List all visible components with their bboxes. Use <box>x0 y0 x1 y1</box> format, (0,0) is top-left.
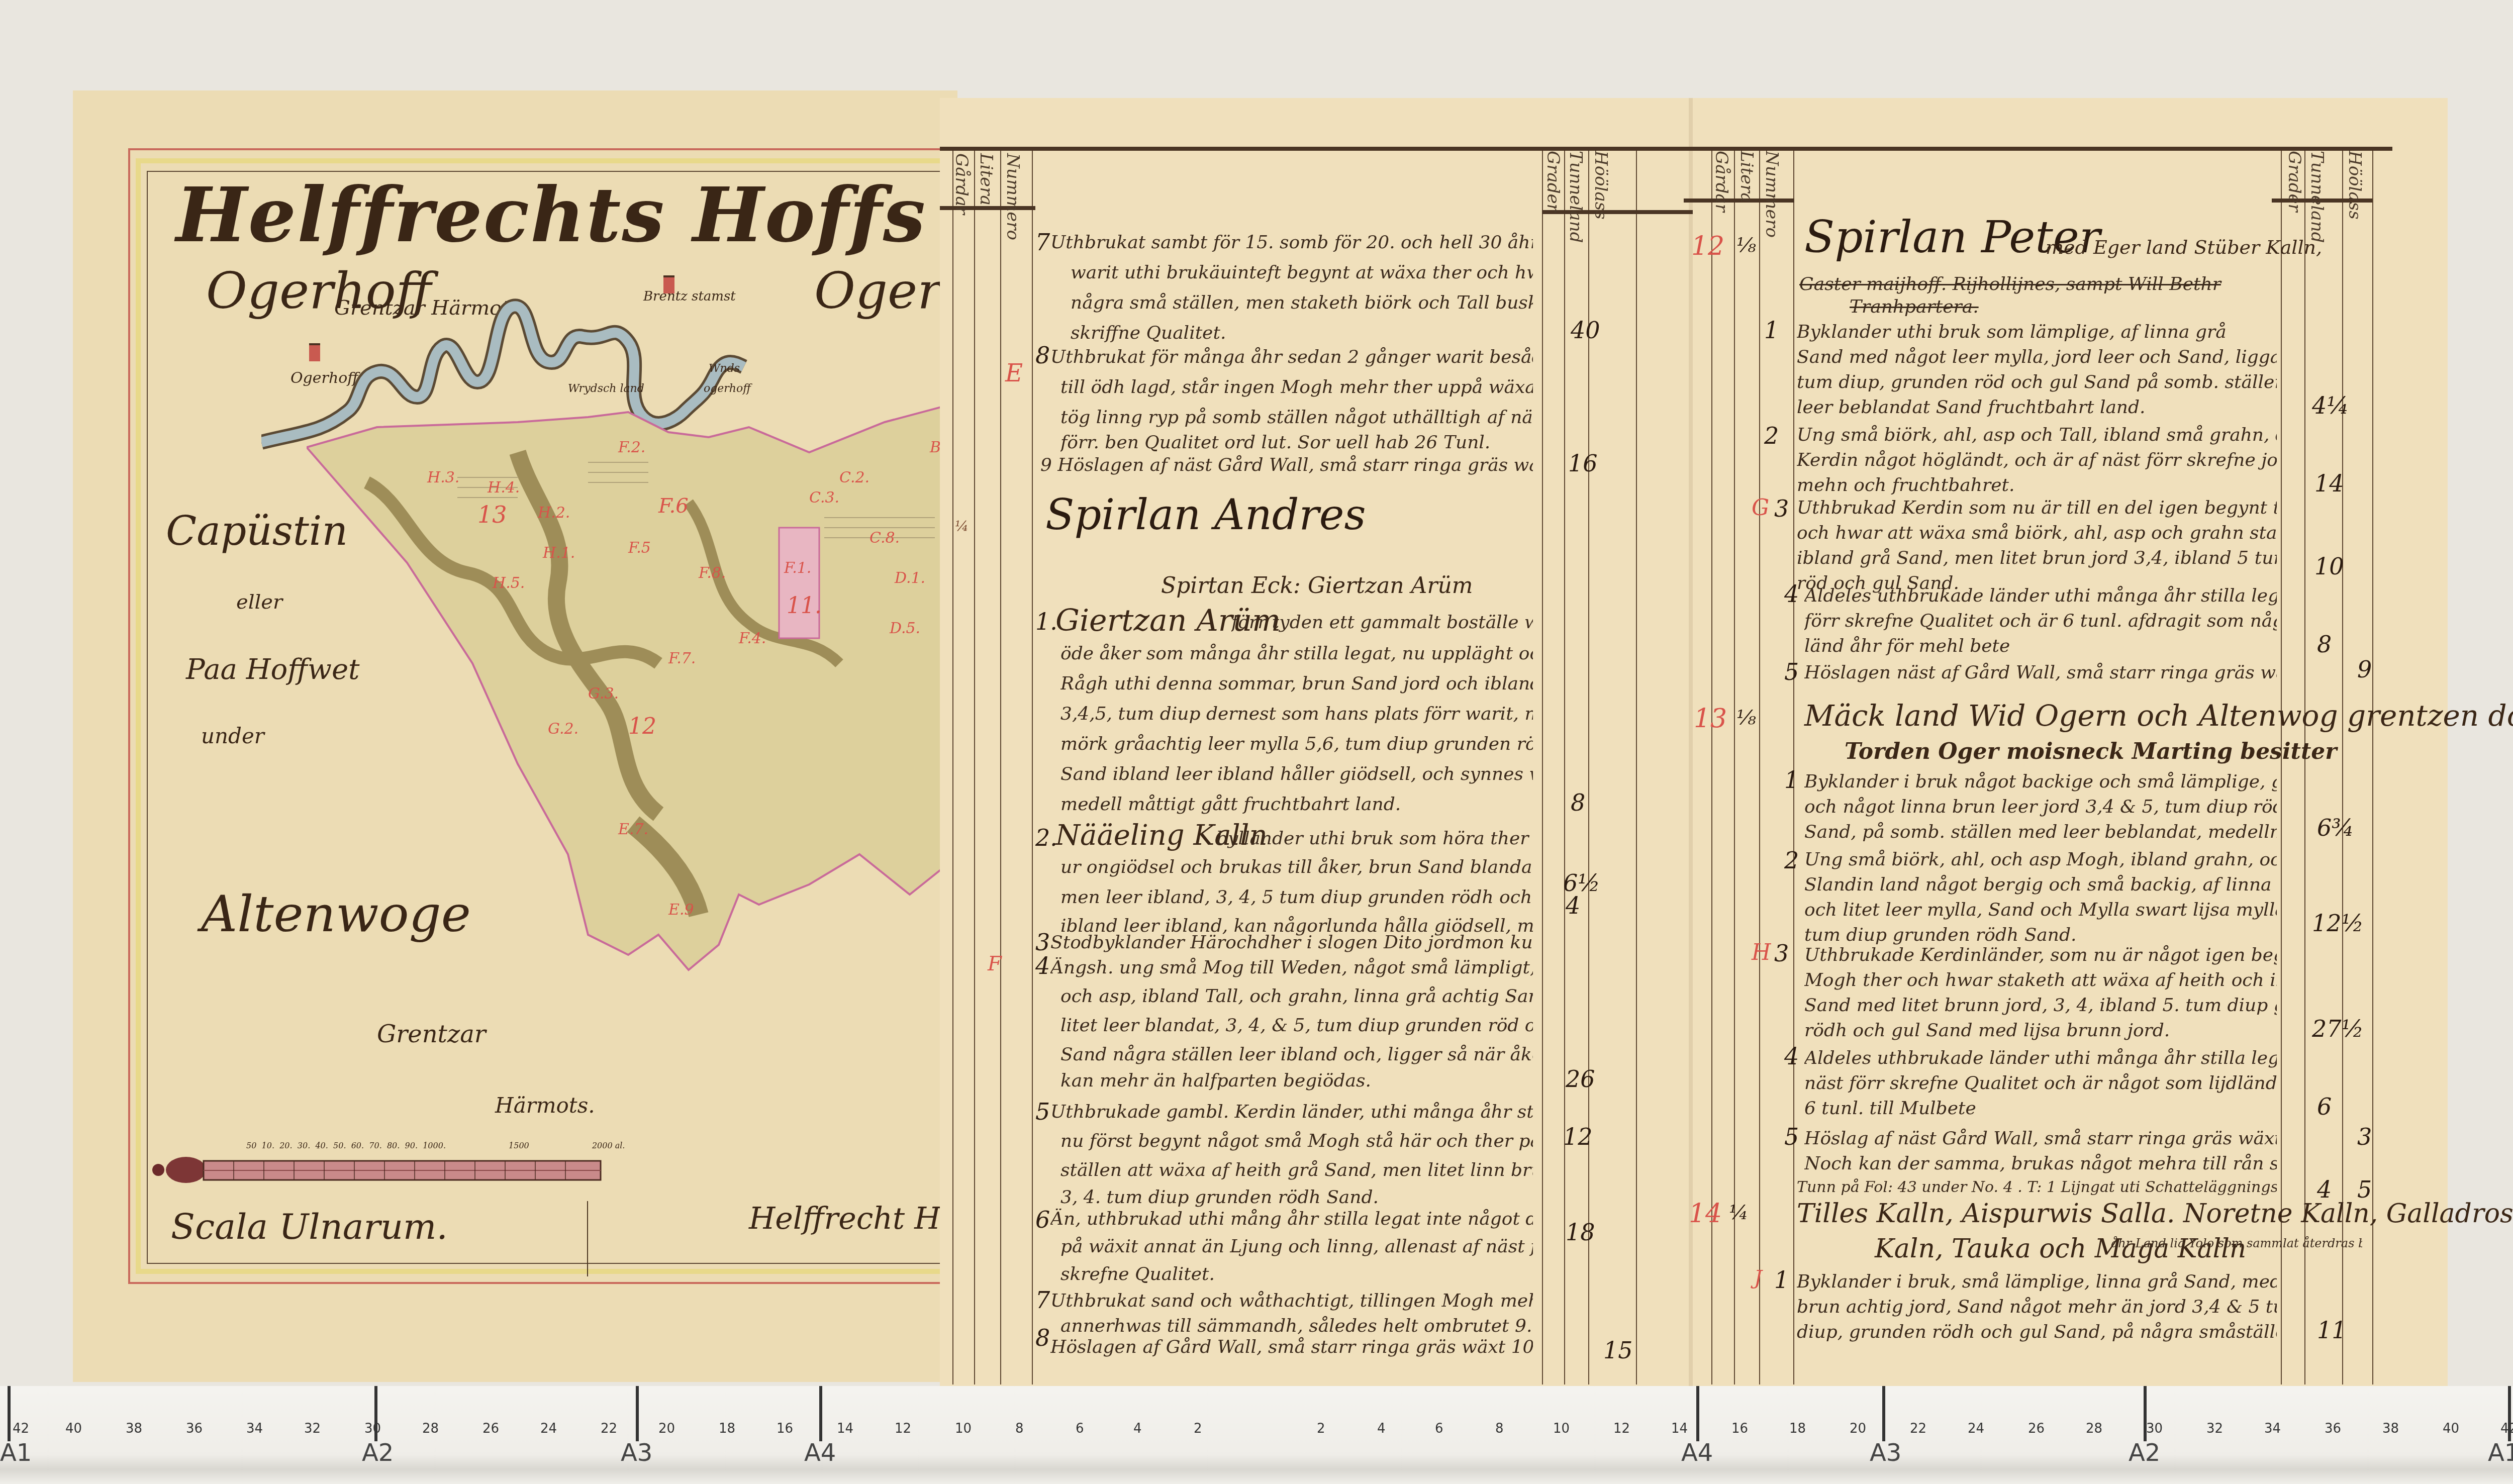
entry-line: Uthbrukad Kerdin som nu är till en del i… <box>1797 498 2277 518</box>
label-eller: eller <box>236 590 282 614</box>
entry-line: Än, uthbrukad uthi mång åhr stilla legat… <box>1050 1209 1533 1229</box>
entry-line: Uthbrukat sand och wåthachtigt, tillinge… <box>1050 1291 1533 1311</box>
ruler-number: 6 <box>1076 1421 1084 1436</box>
entry-number: 5 <box>1784 1123 1799 1150</box>
label-altenwoge: Altenwoge <box>201 884 471 943</box>
header-rule-top <box>1684 147 2392 151</box>
ruler-number: 4 <box>1133 1421 1142 1436</box>
tunneland-value: 18 <box>1566 1219 1595 1246</box>
column-header-hoolass: Höölass <box>1591 151 1611 220</box>
column-header-gardar: Gårdar <box>951 153 972 215</box>
farm-heading: Tilles Kalln, Aispurwis Salla. Noretne K… <box>1797 1199 2513 1229</box>
tunneland-value: 14 <box>2314 470 2344 497</box>
column-header-nummero: Nummero <box>1762 151 1782 238</box>
ruler-number: 2 <box>1317 1421 1325 1436</box>
label-capustin: Capüstin <box>166 508 348 554</box>
entry-line: nu först begynt något små Mogh stå här o… <box>1060 1131 1533 1151</box>
svg-text:C.8.: C.8. <box>869 529 900 547</box>
tunneland-value: 11 <box>2317 1317 2347 1344</box>
svg-text:F.6: F.6 <box>658 494 689 518</box>
entry-line: Ängsh. ung små Mog till Weden, något små… <box>1050 957 1533 978</box>
ruler-number: 18 <box>1789 1421 1806 1436</box>
entry-line: 9 Höslagen af näst Gård Wall, små starr … <box>1040 455 1533 475</box>
scale-tick: 20. <box>279 1141 292 1150</box>
svg-text:E.7.: E.7. <box>618 821 648 838</box>
tunneland-value: 12 <box>1563 1123 1593 1150</box>
hoolass-value: 3 <box>2357 1123 2372 1150</box>
column-rule <box>952 148 953 1384</box>
entry-line: Stodbyklander Härochdher i slogen Dito j… <box>1050 932 1533 953</box>
ruler-number: 26 <box>2028 1421 2045 1436</box>
column-rule <box>1759 148 1760 1384</box>
ruler-label: A4 <box>1681 1439 1713 1467</box>
entry-line: tum diup grunden rödh Sand. <box>1804 925 2277 945</box>
entry-line: Rågh uthi denna sommar, brun Sand jord o… <box>1060 673 1533 694</box>
entry-number: 8 <box>1035 1324 1050 1351</box>
farm-heading-note: med Eger land Stüber Kalln, <box>2046 236 2322 258</box>
ruler-number: 18 <box>719 1421 735 1436</box>
entry-line: till ödh lagd, står ingen Mogh mehr ther… <box>1060 377 1533 398</box>
ruler-number: 38 <box>126 1421 142 1436</box>
ruler-number: 10 <box>1553 1421 1570 1436</box>
column-header-gardar: Gårdar <box>1711 151 1731 212</box>
column-header-grader: Grader <box>1543 151 1563 212</box>
label-under: under <box>201 724 264 748</box>
svg-text:F.2.: F.2. <box>618 439 645 456</box>
entry-line: annerhwas till sämmandh, således helt om… <box>1060 1316 1533 1336</box>
entry-line: skrefne Qualitet. <box>1060 1264 1533 1284</box>
tunneland-value: 40 <box>1571 317 1600 344</box>
svg-text:D.5.: D.5. <box>889 620 920 637</box>
column-header-grader: Grader <box>2284 151 2304 212</box>
entry-number: 8 <box>1035 342 1050 369</box>
entry-line: Sand med litet brunn jord, 3, 4, ibland … <box>1804 995 2277 1016</box>
column-rule <box>1564 148 1565 1384</box>
entry-line: Aldeles uthbrukade länder uthi många åhr… <box>1804 1048 2277 1068</box>
gard-number: 13 <box>1694 704 1727 734</box>
ruler-number: 10 <box>955 1421 972 1436</box>
svg-text:Wrydsch land: Wrydsch land <box>568 382 644 395</box>
litera-fraction: ⅛ <box>1736 234 1756 257</box>
header-rule-bottom <box>1542 210 1693 214</box>
entry-line: Höslagen näst af Gård Wall, små starr ri… <box>1804 662 2277 683</box>
litera-mark: J <box>1754 1266 1762 1290</box>
ruler-number: 12 <box>1613 1421 1630 1436</box>
entry-line: warit uthi brukäuinteft begynt at wäxa t… <box>1071 262 1533 283</box>
ruler-number: 28 <box>422 1421 439 1436</box>
svg-text:G.2.: G.2. <box>548 720 578 738</box>
ruler-number: 32 <box>2206 1421 2223 1436</box>
ruler-label: A1 <box>0 1439 32 1467</box>
entry-line: Kerdin något högländt, och är af näst fö… <box>1797 450 2277 470</box>
ruler-label: A1 <box>2488 1439 2513 1467</box>
entry-line: leer beblandat Sand fruchtbahrt land. <box>1797 397 2277 418</box>
ruler-number: 36 <box>186 1421 203 1436</box>
entry-line: ställen att wäxa af heith grå Sand, men … <box>1060 1160 1533 1180</box>
scale-tick: 50. <box>333 1141 346 1150</box>
svg-text:Wnds: Wnds <box>709 362 740 375</box>
ruler-number: 8 <box>1495 1421 1504 1436</box>
entry-line: och något linna brun leer jord 3,4 & 5, … <box>1804 797 2277 817</box>
entry-line: förr. ben Qualitet ord lut. Sor uell hab… <box>1060 432 1533 453</box>
column-header-litera: Litera <box>976 153 996 206</box>
entry-line: tög linng ryp på somb ställen något uthä… <box>1060 407 1533 428</box>
entry-line: länd åhr för mehl bete <box>1804 636 2277 656</box>
entry-line: skriffne Qualitet. <box>1071 323 1533 343</box>
tunneland-value: 10 <box>2314 553 2344 580</box>
entry-line: förr skrefne Qualitet och är 6 tunl. afd… <box>1804 611 2277 631</box>
entry-line: ur ongiödsel och brukas till åker, brun … <box>1060 857 1533 877</box>
entry-line: Byklander i bruk, små lämplige, linna gr… <box>1797 1271 2277 1292</box>
ruler-number: 42 <box>2500 1421 2513 1436</box>
ruler-tick <box>636 1386 639 1441</box>
entry-line: förr tyden ett gammalt boställe warit <box>1231 612 1533 633</box>
ruler-tick <box>8 1386 11 1441</box>
svg-text:G.3.: G.3. <box>588 685 619 703</box>
ruler-label: A4 <box>804 1439 836 1467</box>
hoolass-value: 9 <box>2357 656 2372 683</box>
entry-number: 3 <box>1035 929 1050 956</box>
entry-line: diup, grunden rödh och gul Sand, på någr… <box>1797 1322 2277 1342</box>
column-rule <box>1542 148 1543 1384</box>
svg-text:12: 12 <box>628 714 656 739</box>
entry-line: rödh och gul Sand med lijsa brunn jord. <box>1804 1020 2277 1041</box>
svg-text:E.9: E.9 <box>668 901 694 919</box>
column-rule <box>1636 148 1637 1384</box>
svg-text:D.1.: D.1. <box>894 569 925 587</box>
scale-tick: 50 <box>246 1141 256 1150</box>
entry-line: öde åker som många åhr stilla legat, nu … <box>1060 643 1533 664</box>
ruler-number: 28 <box>2086 1421 2102 1436</box>
ruler-number: 26 <box>482 1421 499 1436</box>
scale-bar <box>151 1155 603 1185</box>
column-header-nummero: Nummero <box>1003 153 1023 240</box>
entry-number: 1 <box>1784 766 1799 794</box>
tunneland-value: 26 <box>1566 1065 1595 1093</box>
ruler-number: 22 <box>601 1421 617 1436</box>
scale-tick: 60. <box>351 1141 364 1150</box>
label-grentzar: Grentzar <box>377 1020 486 1048</box>
entry-line: Ung små biörk, ahl, asp och Tall, ibland… <box>1797 425 2277 445</box>
svg-text:C.3.: C.3. <box>809 489 839 507</box>
entry-line: kan mehr än halfparten begiödas. <box>1060 1070 1533 1091</box>
entry-number: 1. <box>1035 608 1057 635</box>
entry-number: 1 <box>1764 317 1779 344</box>
entry-line: Sand med något leer mylla, jord leer och… <box>1797 347 2277 367</box>
column-header-hoolass: Höölass <box>2345 151 2365 220</box>
scale-tick: 10. <box>262 1141 274 1150</box>
column-rule <box>974 148 975 1384</box>
farm-subheading: Spirtan Eck: Giertzan Arüm <box>1161 573 1473 599</box>
entry-line: Uthbrukade gambl. Kerdin länder, uthi må… <box>1050 1102 1533 1122</box>
ruler-number: 2 <box>1194 1421 1202 1436</box>
ruler-tick <box>1696 1386 1699 1441</box>
entry-line: och asp, ibland Tall, och grahn, linna g… <box>1060 986 1533 1007</box>
ruler-label: A2 <box>362 1439 394 1467</box>
entry-line: mehn och fruchtbahret. <box>1797 475 2277 496</box>
svg-text:H.3.: H.3. <box>427 469 459 486</box>
tunneland-value: 6¾ <box>2317 814 2354 841</box>
entry-line: Tunn på Fol: 43 under No. 4 . T: 1 Lijng… <box>1797 1178 2277 1196</box>
entry-line: Uthbrukat sambt för 15. somb för 20. och… <box>1050 232 1533 253</box>
scale-tick: 30. <box>298 1141 310 1150</box>
column-header-tunneland: Tunneland <box>2307 151 2327 243</box>
tunneland-value: 6 <box>2317 1093 2332 1120</box>
entry-line: ibland grå Sand, men litet brun jord 3,4… <box>1797 548 2277 568</box>
gard-number: 14 <box>1689 1199 1722 1229</box>
entry-line: byllander uthi bruk som höra ther <box>1216 828 1533 849</box>
ruler-number: 42 <box>13 1421 29 1436</box>
column-header-tunneland: Tunneland <box>1566 151 1586 243</box>
entry-line: Ung små biörk, ahl, och asp Mogh, ibland… <box>1804 849 2277 870</box>
ruler-number: 34 <box>2264 1421 2281 1436</box>
ruler-number: 8 <box>1015 1421 1024 1436</box>
ruler-number: 40 <box>2443 1421 2459 1436</box>
farm-heading: Mäck land Wid Ogern och Altenwog grentze… <box>1804 699 2513 733</box>
column-rule <box>1000 148 1001 1384</box>
ruler-number: 16 <box>1731 1421 1748 1436</box>
tunneland-value: 16 <box>1568 450 1598 477</box>
entry-line: brun achtig jord, Sand något mehr än jor… <box>1797 1297 2277 1317</box>
litera-mark: G <box>1752 495 1769 521</box>
svg-text:F.8.: F.8. <box>698 564 726 582</box>
litera-fraction: ⅛ <box>1736 706 1756 729</box>
entry-line: näst förr skrefne Qualitet och är något … <box>1804 1073 2277 1094</box>
svg-text:H.2.: H.2. <box>537 504 570 522</box>
entry-line: Mogh ther och hwar staketh att wäxa af h… <box>1804 970 2277 991</box>
tunneland-value: 4¼ <box>2312 392 2349 419</box>
ruler-number: 30 <box>364 1421 381 1436</box>
tunneland-value: 4 <box>1566 892 1580 919</box>
column-header-litera: Litera <box>1736 151 1757 203</box>
scale-tick: 90. <box>405 1141 418 1150</box>
entry-line: Sand några ställen leer ibland och, ligg… <box>1060 1044 1533 1065</box>
label-paa-hoffwet: Paa Hoffwet <box>186 653 360 686</box>
tunneland-value: 8 <box>2317 631 2332 658</box>
entry-number: 3 <box>1774 495 1789 522</box>
header-rule-top <box>940 147 1694 151</box>
ruler-number: 32 <box>304 1421 321 1436</box>
ruler-number: 16 <box>777 1421 793 1436</box>
hoolass-value: 15 <box>1603 1337 1633 1364</box>
entry-line: och litet leer mylla, Sand och Mylla swa… <box>1804 900 2277 920</box>
label-harmots: Härmots. <box>495 1093 595 1118</box>
gard-number: 12 <box>1691 231 1724 261</box>
entry-number: 6 <box>1035 1206 1050 1233</box>
ruler-tick <box>1882 1386 1885 1441</box>
svg-text:F.5: F.5 <box>628 539 651 557</box>
entry-number: 5 <box>1784 658 1799 685</box>
struck-line: Tranhpartera. <box>1850 296 2051 317</box>
entry-line: Höslagen af Gård Wall, små starr ringa g… <box>1050 1337 1533 1357</box>
entry-number: 4 <box>1784 1043 1799 1070</box>
svg-text:F.7.: F.7. <box>668 650 696 667</box>
farm-heading: Spirlan Andres <box>1045 490 1366 539</box>
scale-tick: 40. <box>315 1141 328 1150</box>
label-helffrecht-ho: Helffrecht Ho <box>749 1201 959 1236</box>
farm-note: åhr Land lia Yolo som sammlat återdras b… <box>2111 1236 2362 1250</box>
entry-line: litet leer blandat, 3, 4, & 5, tum diup … <box>1060 1015 1533 1036</box>
entry-line: Höslag af näst Gård Wall, små starr ring… <box>1804 1128 2277 1149</box>
entry-number: 7 <box>1035 1287 1050 1314</box>
svg-text:H.4.: H.4. <box>487 479 520 497</box>
entry-line: 3, 4. tum diup grunden rödh Sand. <box>1060 1187 1533 1208</box>
ruler-number: 24 <box>540 1421 557 1436</box>
scale-tick: 1000. <box>423 1141 446 1150</box>
entry-number: 2. <box>1035 824 1057 851</box>
entry-line: Sand ibland leer ibland håller giödsell,… <box>1060 764 1533 784</box>
tunneland-value: 27½ <box>2312 1015 2364 1042</box>
scale-tick: 2000 al. <box>592 1141 625 1150</box>
ruler-number: 12 <box>895 1421 911 1436</box>
farm-subheading: Torden Oger moisneck Marting besitter <box>1845 739 2337 764</box>
map-land-parcels: H.3. H.4. 13 H.2. H.1. H.5. F.2. F.6 F.5… <box>307 352 960 1136</box>
ruler-number: 34 <box>246 1421 263 1436</box>
ruler-number: 14 <box>837 1421 853 1436</box>
svg-text:ogerhoff: ogerhoff <box>704 382 752 395</box>
litera-mark: E <box>1005 359 1023 387</box>
entry-line: och hwar att wäxa små biörk, ahl, asp oc… <box>1797 523 2277 543</box>
entry-line: Slandin land något bergig och små backig… <box>1804 874 2277 895</box>
entry-number: 4 <box>1035 952 1050 979</box>
scale-tick: 1500 <box>509 1141 529 1150</box>
scale-tick: 80. <box>387 1141 400 1150</box>
entry-line: medell måttigt gått fruchtbahrt land. <box>1060 794 1533 815</box>
tunneland-value: 12½ <box>2312 910 2364 937</box>
ruler-number: 36 <box>2325 1421 2341 1436</box>
tunneland-value: 8 <box>1571 789 1585 816</box>
svg-text:F.1.: F.1. <box>784 559 811 577</box>
scale-title: Scala Ulnarum. <box>171 1206 448 1247</box>
ruler-number: 6 <box>1435 1421 1443 1436</box>
litera-mark: H <box>1752 940 1771 965</box>
ruler-label: A3 <box>621 1439 652 1467</box>
ruler-number: 20 <box>1850 1421 1866 1436</box>
column-rule <box>1734 148 1735 1384</box>
ruler-number: 22 <box>1910 1421 1926 1436</box>
entry-number: 1 <box>1774 1266 1789 1294</box>
svg-text:C.2.: C.2. <box>839 469 869 486</box>
entry-number: 3 <box>1774 940 1789 967</box>
ruler-number: 24 <box>1968 1421 1984 1436</box>
ruler-label: A2 <box>2129 1439 2160 1467</box>
svg-text:13: 13 <box>477 501 507 528</box>
entry-line: Aldeles uthbrukade länder uthi många åhr… <box>1804 585 2277 606</box>
entry-line: 3,4,5, tum diup dernest som hans plats f… <box>1060 704 1533 724</box>
entry-line: 6 tunl. till Mulbete <box>1804 1098 2277 1119</box>
entry-line: Noch kan der samma, brukas något mehra t… <box>1804 1153 2277 1174</box>
litera-fraction: ¼ <box>1729 1201 1749 1224</box>
measuring-ruler: 42 40 38 36 34 32 30 28 26 24 22 20 18 1… <box>0 1386 2513 1484</box>
svg-text:H.5.: H.5. <box>492 574 525 592</box>
entry-line: några små ställen, men staketh biörk och… <box>1071 292 1533 313</box>
entry-line: Sand, på somb. ställen med leer beblanda… <box>1804 822 2277 842</box>
svg-text:F.4.: F.4. <box>738 630 766 647</box>
entry-number: 7 <box>1035 229 1050 256</box>
ruler-number: 30 <box>2146 1421 2163 1436</box>
column-rule <box>1032 148 1033 1384</box>
scale-ticks: 50 10. 20. 30. 40. 50. 60. 70. 80. 90. 1… <box>246 1141 625 1150</box>
entry-line: mörk gråachtig leer mylla 5,6, tum diup … <box>1060 734 1533 754</box>
entry-number: 4 <box>1784 580 1799 608</box>
entry-line: men leer ibland, 3, 4, 5 tum diup grunde… <box>1060 887 1533 908</box>
svg-text:H.1.: H.1. <box>542 544 575 562</box>
ruler-number: 4 <box>1377 1421 1386 1436</box>
ruler-number: 20 <box>658 1421 675 1436</box>
entry-line: Byklander i bruk något backige och små l… <box>1804 771 2277 792</box>
litera-mark: F <box>988 952 1002 975</box>
ruler-tick <box>819 1386 822 1441</box>
entry-number: 5 <box>1035 1098 1050 1125</box>
struck-line: Gaster maijhoff. Rijhollijnes, sampt Wil… <box>1799 274 2277 294</box>
entry-line: tum diup, grunden röd och gul Sand på so… <box>1797 372 2277 392</box>
entry-line: på wäxit annat än Ljung och linng, allen… <box>1060 1236 1533 1257</box>
ruler-number: 38 <box>2382 1421 2399 1436</box>
entry-line: Uthbrukade Kerdinländer, som nu är något… <box>1804 945 2277 965</box>
scale-tick: 70. <box>369 1141 381 1150</box>
ruler-label: A3 <box>1870 1439 1901 1467</box>
entry-number: 2 <box>1764 422 1779 449</box>
entry-line: Byklander uthi bruk som lämplige, af lin… <box>1797 322 2277 342</box>
ruler-number: 14 <box>1671 1421 1688 1436</box>
ruler-number: 40 <box>65 1421 82 1436</box>
entry-line: Uthbrukat för många åhr sedan 2 gånger w… <box>1050 347 1533 367</box>
svg-text:11.: 11. <box>787 593 822 619</box>
